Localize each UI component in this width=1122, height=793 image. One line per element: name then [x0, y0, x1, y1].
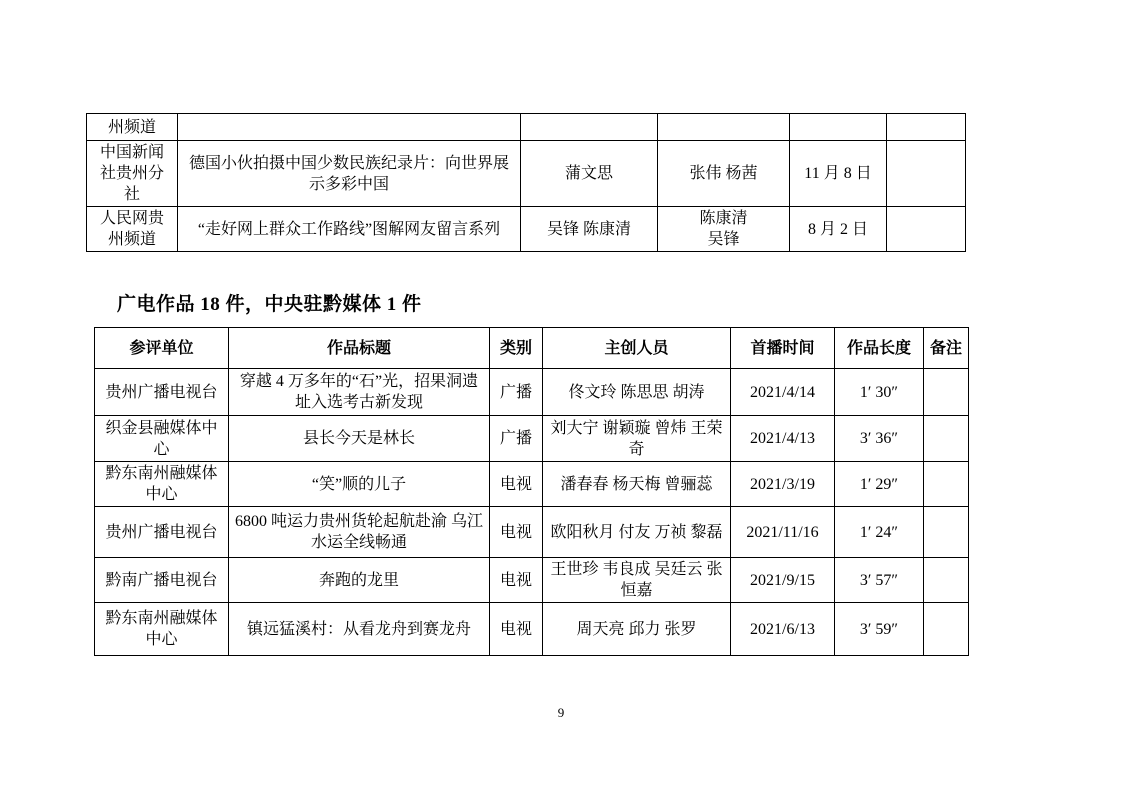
table-cell: 黔东南州融媒体中心 — [95, 462, 229, 507]
table-cell: 潘春春 杨天梅 曾骊蕊 — [543, 462, 731, 507]
table-cell: 3′ 57″ — [835, 558, 924, 603]
table-cell: “走好网上群众工作路线”图解网友留言系列 — [178, 207, 521, 252]
table-cell: 穿越 4 万多年的“石”光，招果洞遗址入选考古新发现 — [229, 369, 490, 416]
table-cell: 欧阳秋月 付友 万祯 黎磊 — [543, 507, 731, 558]
table-cell: 电视 — [490, 603, 543, 656]
table-cell: 广播 — [490, 369, 543, 416]
column-header: 类别 — [490, 328, 543, 369]
table-cell: 2021/11/16 — [731, 507, 835, 558]
table-cell: 2021/4/14 — [731, 369, 835, 416]
main-table-body: 贵州广播电视台穿越 4 万多年的“石”光，招果洞遗址入选考古新发现广播佟文玲 陈… — [95, 369, 969, 656]
table-cell: 贵州广播电视台 — [95, 507, 229, 558]
table-cell: 织金县融媒体中心 — [95, 416, 229, 462]
table-cell: “笑”顺的儿子 — [229, 462, 490, 507]
table-cell: 人民网贵州频道 — [87, 207, 178, 252]
table-cell: 县长今天是林长 — [229, 416, 490, 462]
table-cell: 中国新闻社贵州分社 — [87, 141, 178, 207]
column-header: 参评单位 — [95, 328, 229, 369]
table-cell — [924, 369, 969, 416]
table-cell: 8 月 2 日 — [790, 207, 887, 252]
table-cell: 电视 — [490, 462, 543, 507]
column-header: 作品标题 — [229, 328, 490, 369]
table-cell: 11 月 8 日 — [790, 141, 887, 207]
table-row: 黔南广播电视台奔跑的龙里电视王世珍 韦良成 吴廷云 张恒嘉2021/9/153′… — [95, 558, 969, 603]
table-cell: 镇远猛溪村：从看龙舟到赛龙舟 — [229, 603, 490, 656]
top-table-body: 州频道中国新闻社贵州分社德国小伙拍摄中国少数民族纪录片：向世界展示多彩中国蒲文思… — [87, 114, 966, 252]
table-cell: 1′ 29″ — [835, 462, 924, 507]
table-cell — [924, 507, 969, 558]
table-cell: 吴锋 陈康清 — [521, 207, 658, 252]
table-cell: 王世珍 韦良成 吴廷云 张恒嘉 — [543, 558, 731, 603]
table-cell — [521, 114, 658, 141]
table-cell — [658, 114, 790, 141]
table-cell: 1′ 24″ — [835, 507, 924, 558]
table-row: 贵州广播电视台6800 吨运力贵州货轮起航赴渝 乌江水运全线畅通电视欧阳秋月 付… — [95, 507, 969, 558]
table-cell — [924, 416, 969, 462]
table-cell: 陈康清 吴锋 — [658, 207, 790, 252]
column-header: 作品长度 — [835, 328, 924, 369]
table-cell: 1′ 30″ — [835, 369, 924, 416]
previous-section-table-continuation: 州频道中国新闻社贵州分社德国小伙拍摄中国少数民族纪录片：向世界展示多彩中国蒲文思… — [86, 113, 966, 252]
column-header: 备注 — [924, 328, 969, 369]
table-cell: 电视 — [490, 507, 543, 558]
table-cell — [924, 462, 969, 507]
table-cell: 广播 — [490, 416, 543, 462]
table-row: 黔东南州融媒体中心“笑”顺的儿子电视潘春春 杨天梅 曾骊蕊2021/3/191′… — [95, 462, 969, 507]
table-cell: 3′ 59″ — [835, 603, 924, 656]
table-cell: 6800 吨运力贵州货轮起航赴渝 乌江水运全线畅通 — [229, 507, 490, 558]
header-row: 参评单位作品标题类别主创人员首播时间作品长度备注 — [95, 328, 969, 369]
table-cell: 德国小伙拍摄中国少数民族纪录片：向世界展示多彩中国 — [178, 141, 521, 207]
table-cell: 3′ 36″ — [835, 416, 924, 462]
column-header: 主创人员 — [543, 328, 731, 369]
document-page: 州频道中国新闻社贵州分社德国小伙拍摄中国少数民族纪录片：向世界展示多彩中国蒲文思… — [0, 0, 1122, 793]
table-cell — [924, 558, 969, 603]
section-heading: 广电作品 18 件，中央驻黔媒体 1 件 — [117, 289, 422, 316]
page-number: 9 — [0, 705, 1122, 721]
table-cell: 刘大宁 谢颖璇 曾炜 王荣奇 — [543, 416, 731, 462]
column-header: 首播时间 — [731, 328, 835, 369]
table-cell — [887, 114, 966, 141]
table-cell: 周天亮 邱力 张罗 — [543, 603, 731, 656]
table-cell: 2021/6/13 — [731, 603, 835, 656]
table-cell: 2021/3/19 — [731, 462, 835, 507]
table-row: 州频道 — [87, 114, 966, 141]
table-cell: 黔南广播电视台 — [95, 558, 229, 603]
table-cell: 张伟 杨茜 — [658, 141, 790, 207]
table-cell — [178, 114, 521, 141]
table-row: 黔东南州融媒体中心镇远猛溪村：从看龙舟到赛龙舟电视周天亮 邱力 张罗2021/6… — [95, 603, 969, 656]
broadcast-works-table: 参评单位作品标题类别主创人员首播时间作品长度备注 贵州广播电视台穿越 4 万多年… — [94, 327, 969, 656]
table-cell — [790, 114, 887, 141]
table-cell: 奔跑的龙里 — [229, 558, 490, 603]
table-cell: 州频道 — [87, 114, 178, 141]
table-cell: 贵州广播电视台 — [95, 369, 229, 416]
table-cell: 黔东南州融媒体中心 — [95, 603, 229, 656]
table-cell — [887, 141, 966, 207]
table-row: 织金县融媒体中心县长今天是林长广播刘大宁 谢颖璇 曾炜 王荣奇2021/4/13… — [95, 416, 969, 462]
table-cell: 2021/9/15 — [731, 558, 835, 603]
table-row: 贵州广播电视台穿越 4 万多年的“石”光，招果洞遗址入选考古新发现广播佟文玲 陈… — [95, 369, 969, 416]
table-cell — [924, 603, 969, 656]
table-row: 中国新闻社贵州分社德国小伙拍摄中国少数民族纪录片：向世界展示多彩中国蒲文思张伟 … — [87, 141, 966, 207]
table-row: 人民网贵州频道“走好网上群众工作路线”图解网友留言系列吴锋 陈康清陈康清 吴锋8… — [87, 207, 966, 252]
table-cell — [887, 207, 966, 252]
table-cell: 佟文玲 陈思思 胡涛 — [543, 369, 731, 416]
table-cell: 蒲文思 — [521, 141, 658, 207]
table-cell: 电视 — [490, 558, 543, 603]
table-cell: 2021/4/13 — [731, 416, 835, 462]
